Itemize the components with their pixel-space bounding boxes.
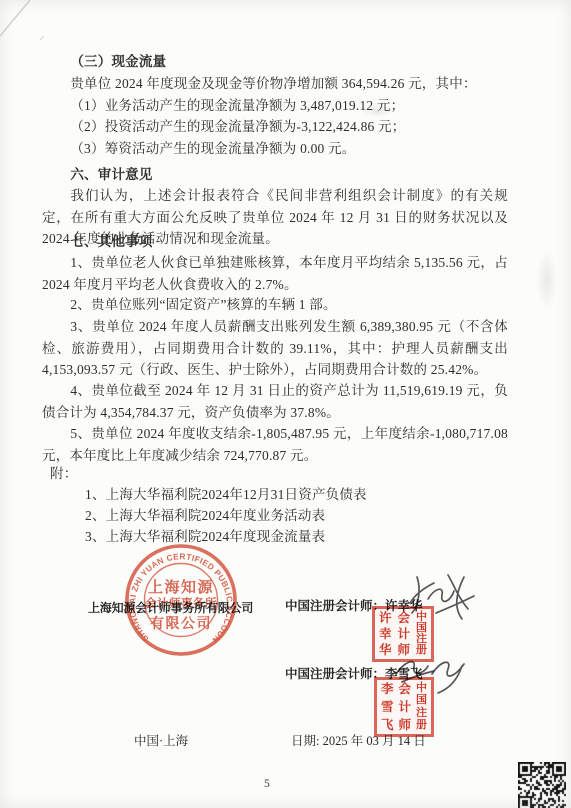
attachment-item: 1、上海大华福利院2024年12月31日资产负债表: [42, 484, 508, 506]
cash-flow-item: （1）业务活动产生的现金流量净额为 3,487,019.12 元；: [42, 95, 508, 117]
seal-line2: 会计师事务所: [145, 596, 217, 610]
firm-round-seal: SHANGHAI ZHI YUAN CERTIFIED PUBLIC ACCOU…: [116, 535, 246, 665]
seal-line3: 有限公司: [150, 615, 212, 632]
other-matters-item: 4、贵单位截至 2024 年 12 月 31 日止的资产总计为 11,519,6…: [42, 380, 508, 423]
other-matters-item: 2、贵单位账列“固定资产”核算的车辆 1 部。: [42, 294, 508, 316]
other-matters-item: 5、贵单位 2024 年度收支结余-1,805,487.95 元，上年度结余-1…: [42, 423, 508, 466]
cpa1-signature: [402, 563, 482, 627]
fold-mark: [0, 0, 60, 50]
qr-code: [518, 762, 566, 808]
cpa2-signature: [390, 644, 472, 698]
location: 中国·上海: [134, 731, 188, 749]
cpa2-label: 中国注册会计师：: [285, 667, 385, 681]
other-matters-item: 3、贵单位 2024 年度人员薪酬支出账列发生额 6,389,380.95 元（…: [42, 316, 508, 381]
audit-opinion-heading: 六、审计意见: [42, 164, 508, 186]
attachments-label: 附：: [42, 463, 508, 485]
cash-flow-item: （3）筹资活动产生的现金流量净额为 0.00 元。: [42, 138, 508, 160]
attachment-item: 2、上海大华福利院2024年度业务活动表: [42, 505, 508, 527]
other-matters-heading: 七、其他事项: [42, 231, 508, 253]
attachment-item: 3、上海大华福利院2024年度现金流量表: [42, 526, 508, 548]
cash-flow-heading: （三）现金流量: [42, 51, 508, 73]
page-number: 5: [264, 778, 270, 790]
other-matters-item: 1、贵单位老人伙食已单独建账核算，本年度月平均结余 5,135.56 元，占 2…: [42, 252, 508, 295]
audit-report-page: （三）现金流量 贵单位 2024 年度现金及现金等价物净增加额 364,594.…: [0, 0, 571, 808]
cpa1-label: 中国注册会计师：: [285, 599, 385, 613]
cash-flow-intro: 贵单位 2024 年度现金及现金等价物净增加额 364,594.26 元，其中：: [42, 73, 508, 95]
seal-line1: 上海知源: [148, 578, 214, 596]
scan-smudge: [536, 250, 558, 310]
cash-flow-item: （2）投资活动产生的现金流量净额为-3,122,424.86 元；: [42, 116, 508, 138]
report-date: 日期: 2025 年 03 月 14 日: [291, 731, 426, 749]
